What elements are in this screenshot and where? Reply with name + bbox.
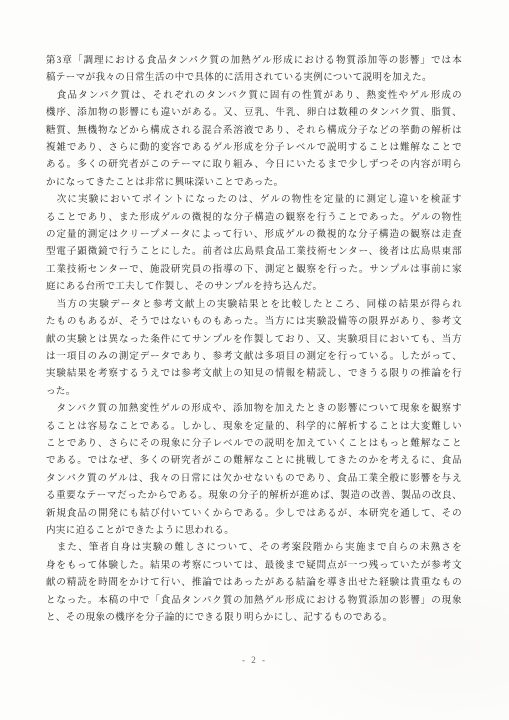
document-page: 第3章「調理における食品タンパク質の加熱ゲル形成における物質添加等の影響」では本… (0, 0, 509, 720)
text-line: の定量的測定はクリープメータによって行い、形成ゲルの微視的な分子構造の観察は走査 (46, 227, 462, 244)
document-body: 第3章「調理における食品タンパク質の加熱ゲル形成における物質添加等の影響」では本… (46, 53, 462, 627)
text-line: 糖質、無機物などから構成される混合系溶液であり、それら構成分子などの挙動の解析は (46, 123, 462, 140)
text-line: かになってきたことは非常に興味深いことであった。 (46, 175, 462, 192)
text-line: 実験結果を考察するうえでは参考文献上の知見の情報を精読し、できうる限りの推論を行 (46, 366, 462, 383)
text-line: たものもあるが、そうではないものもあった。当方には実験設備等の限界があり、参考文 (46, 314, 462, 331)
text-line: タンパク質のゲルは、我々の日常には欠かせないものであり、食品工業全般に影響を与え (46, 471, 462, 488)
text-line: タンパク質の加熱変性ゲルの形成や、添加物を加えたときの影響について現象を観察す (46, 401, 462, 418)
text-line: 第3章「調理における食品タンパク質の加熱ゲル形成における物質添加等の影響」では本 (46, 53, 462, 70)
text-line: 複雑であり、さらに動的変容であるゲル形成を分子レベルで説明することは難解なことで (46, 140, 462, 157)
text-line: は一項目のみの測定データであり、参考文献は多項目の測定を行っている。したがって、 (46, 349, 462, 366)
text-line: 工業技術センターで、施設研究員の指導の下、測定と観察を行った。サンプルは事前に家 (46, 262, 462, 279)
paragraph-author-reflection: また、筆者自身は実験の難しさについて、その考案段階から実施まで自らの未熟さを 身… (46, 540, 462, 627)
text-line: 次に実験においてポイントになったのは、ゲルの物性を定量的に測定し違いを検証す (46, 192, 462, 209)
text-line: ることは容易なことである。しかし、現象を定量的、科学的に解析することは大変難しい (46, 419, 462, 436)
text-line: ある。多くの研究者がこのテーマに取り組み、今日にいたるまで少しずつその内容が明ら (46, 157, 462, 174)
paragraph-significance: タンパク質の加熱変性ゲルの形成や、添加物を加えたときの影響について現象を観察す … (46, 401, 462, 540)
text-line: 当方の実験データと参考文献上の実験結果とを比較したところ、同様の結果が得られ (46, 297, 462, 314)
text-line: 内実に迫ることができたように思われる。 (46, 523, 462, 540)
text-line: 食品タンパク質は、それぞれのタンパク質に固有の性質があり、熱変性やゲル形成の (46, 88, 462, 105)
text-line: となった。本稿の中で「食品タンパク質の加熱ゲル形成における物質添加の影響」の現象 (46, 593, 462, 610)
paragraph-experiment-method: 次に実験においてポイントになったのは、ゲルの物性を定量的に測定し違いを検証す る… (46, 192, 462, 296)
paragraph-chapter-intro: 第3章「調理における食品タンパク質の加熱ゲル形成における物質添加等の影響」では本… (46, 53, 462, 88)
text-line: ることであり、また形成ゲルの微視的な分子構造の観察を行うことであった。ゲルの物性 (46, 210, 462, 227)
text-line: 機序、添加物の影響にも違いがある。又、豆乳、牛乳、卵白は数種のタンパク質、脂質、 (46, 105, 462, 122)
text-line: 身をもって体験した。結果の考察については、最後まで疑問点が一つ残っていたが参考文 (46, 558, 462, 575)
text-line: 型電子顕微鏡で行うことにした。前者は広島県食品工業技術センター、後者は広島県東部 (46, 244, 462, 261)
text-line: 献の実験とは異なった条件にてサンプルを作製しており、又、実験項目においても、当方 (46, 332, 462, 349)
text-line: 新規食品の開発にも結び付いていくからである。少しではあるが、本研究を通して、その (46, 506, 462, 523)
text-line: った。 (46, 384, 462, 401)
text-line: 庭にある台所で工夫して作製し、そのサンプルを持ち込んだ。 (46, 279, 462, 296)
paragraph-protein-properties: 食品タンパク質は、それぞれのタンパク質に固有の性質があり、熱変性やゲル形成の 機… (46, 88, 462, 192)
text-line: と、その現象の機序を分子論的にできる限り明らかにし、記するものである。 (46, 610, 462, 627)
paragraph-data-comparison: 当方の実験データと参考文献上の実験結果とを比較したところ、同様の結果が得られ た… (46, 297, 462, 401)
text-line: ことであり、さらにその現象に分子レベルでの説明を加えていくことはもっと難解なこと (46, 436, 462, 453)
text-line: また、筆者自身は実験の難しさについて、その考案段階から実施まで自らの未熟さを (46, 540, 462, 557)
text-line: 献の精読を時間をかけて行い、推論ではあったがある結論を導き出せた経験は貴重なもの (46, 575, 462, 592)
text-line: である。ではなぜ、多くの研究者がこの難解なことに挑戦してきたのかを考えるに、食品 (46, 453, 462, 470)
text-line: 稿テーマが我々の日常生活の中で具体的に活用されている実例について説明を加えた。 (46, 70, 462, 87)
text-line: る重要なテーマだったからである。現象の分子的解析が進めば、製造の改善、製品の改良… (46, 488, 462, 505)
page-number: - 2 - (0, 655, 509, 665)
